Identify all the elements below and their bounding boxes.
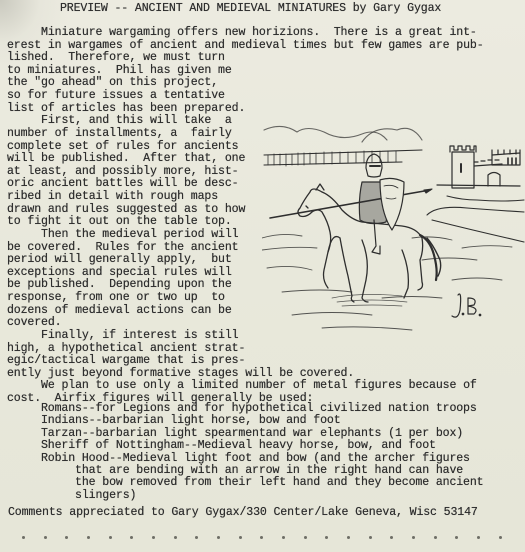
contact-footer: Comments appreciated to Gary Gygax/330 C… (8, 507, 478, 519)
article-line: erest in wargames of ancient and medieva… (7, 40, 484, 52)
article-line: will be published. After that, one (7, 153, 245, 165)
separator-dot (325, 536, 328, 539)
separator-dot (130, 536, 133, 539)
figure-list-item: that are bending with an arrow in the ri… (41, 465, 463, 477)
separator-dot (369, 536, 372, 539)
article-title: PREVIEW -- ANCIENT AND MEDIEVAL MINIATUR… (60, 3, 441, 15)
article-line: at least, and possibly more, hist- (7, 166, 238, 178)
hills (264, 126, 387, 140)
article-line: list of articles has been prepared. (7, 103, 245, 115)
article-line: We plan to use only a limited number of … (7, 380, 477, 392)
article-line: drawn and rules suggested as to how (7, 204, 245, 216)
article-line: be published. Depending upon the (7, 279, 232, 291)
figure-list-item: Sheriff of Nottingham--Medieval heavy ho… (41, 440, 436, 452)
rider (359, 154, 404, 254)
article-line: covered. (7, 317, 61, 329)
separator-dot (65, 536, 68, 539)
article-line: oric ancient battles will be desc- (7, 178, 238, 190)
figure-list-item: slingers) (41, 490, 136, 502)
separator-dot (22, 536, 25, 539)
article-line: complete set of rules for ancients (7, 141, 238, 153)
article-line: Miniature wargaming offers new horizions… (7, 27, 477, 39)
figure-list-item: Robin Hood--Medieval light foot and bow … (41, 453, 470, 465)
separator-dot (260, 536, 263, 539)
separator-dot (499, 536, 502, 539)
article-line: be covered. Rules for the ancient (7, 242, 238, 254)
lance (270, 190, 430, 218)
article-line: exceptions and special rules will (7, 267, 232, 279)
separator-dot (412, 536, 415, 539)
separator-dot (455, 536, 458, 539)
separator-dot (304, 536, 307, 539)
article-line: the "go ahead" on this project, (7, 77, 218, 89)
article-line: lished. Therefore, we must turn (7, 52, 225, 64)
separator-dot (44, 536, 47, 539)
separator-dot (434, 536, 437, 539)
knight-illustration (262, 120, 525, 340)
separator-dot (477, 536, 480, 539)
separator-dots (22, 534, 502, 540)
article-line: Then the medieval period will (7, 229, 238, 241)
article-line: dozens of medieval actions can be (7, 305, 232, 317)
article-line: high, a hypothetical ancient strat- (7, 343, 245, 355)
separator-dot (87, 536, 90, 539)
article-line: to miniatures. Phil has given me (7, 65, 232, 77)
article-line: Finally, if interest is still (7, 330, 238, 342)
article-line: period will generally apply, but (7, 254, 232, 266)
article-line: ently just beyond formative stages will … (7, 368, 354, 380)
figure-list-item: Indians--barbarian light horse, bow and … (41, 415, 341, 427)
article-line: so for future issues a tentative (7, 90, 225, 102)
article-line: response, from one or two up to (7, 292, 225, 304)
castle (437, 146, 520, 188)
separator-dot (152, 536, 155, 539)
article-line: egic/tactical wargame that is pres- (7, 355, 245, 367)
figure-list-item: the bow removed from their left hand and… (41, 477, 483, 489)
separator-dot (174, 536, 177, 539)
document-page: PREVIEW -- ANCIENT AND MEDIEVAL MINIATUR… (0, 0, 525, 552)
article-line: ribed in detail with rough maps (7, 191, 218, 203)
article-line: to fight it out on the table top. (7, 216, 232, 228)
separator-dot (109, 536, 112, 539)
separator-dot (195, 536, 198, 539)
separator-dot (282, 536, 285, 539)
figure-list-item: Tarzan--barbarian light spearmentand war… (41, 428, 463, 440)
article-line: number of installments, a fairly (7, 128, 232, 140)
separator-dot (347, 536, 350, 539)
separator-dot (390, 536, 393, 539)
separator-dot (239, 536, 242, 539)
separator-dot (217, 536, 220, 539)
figure-list-item: Romans--for Legions and for hypothetical… (41, 403, 477, 415)
article-line: First, and this will take a (7, 115, 232, 127)
